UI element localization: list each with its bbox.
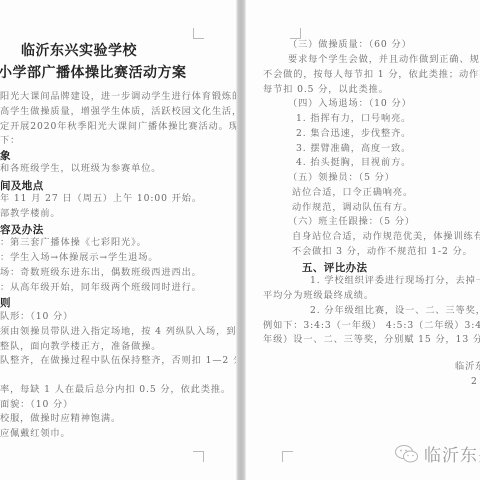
section-heading-time-place: 间及地点 (0, 178, 44, 193)
body-line: 要求每个学生会做，并且动作做到正确、规范、到 (288, 54, 480, 65)
section-line: 部教学楼前。 (0, 208, 61, 219)
subsection-heading: （六）班主任跟操：（5 分） (288, 216, 415, 227)
body-line: 自身站位合适，动作规范优美，体操训练有素。 (292, 231, 480, 242)
section-heading-participants: 象 (0, 148, 11, 163)
section-line: 场：奇数班级东进东出，偶数班级西进西出。 (0, 267, 202, 278)
section-line: 面貌：（10 分） (0, 399, 73, 410)
section-heading-rules: 则 (0, 295, 11, 310)
page-corner-mark (290, 28, 301, 39)
section-line: 率，每缺 1 人在最后总分内扣 0.5 分，依此类推。 (0, 384, 231, 395)
subsection-heading: （五）领操员：（5 分） (288, 172, 395, 183)
intro-line: 下： (0, 135, 20, 146)
body-line: 平均分为班级最终成绩。 (263, 290, 374, 301)
section-line: ：从高年级开始，同年级两个班级同时进行。 (0, 282, 202, 293)
section-heading-content-method: 容及办法 (0, 222, 44, 237)
body-line: 4. 抬头挺胸，目视前方。 (296, 157, 411, 168)
document-page-left: 临沂东兴实验学校 小学部广播体操比赛活动方案 阳光大课间品牌建设，进一步调动学生… (0, 0, 236, 480)
body-line: 2. 集合迅速，步伐整齐。 (296, 128, 411, 139)
page-corner-mark (193, 451, 204, 462)
wechat-watermark: 临沂东兴 (394, 441, 480, 466)
body-line: 3. 摆臂准确，高度一致。 (296, 143, 411, 154)
section-line: 年 11 月 27 日（周五）上午 10:00 开始。 (0, 193, 202, 204)
section-line: 和各班级学生，以班级为参赛单位。 (0, 163, 161, 174)
body-line: 年级）设一、二、三等奖，分别赋 15 分，13 分，11 (263, 334, 480, 345)
body-line: 1. 指挥有力，口号响亮。 (296, 113, 411, 124)
body-line: 动作规范，调动队伍有方。 (292, 202, 413, 213)
body-line: 站位合适，口令正确响亮。 (292, 187, 413, 198)
doc-title-school: 临沂东兴实验学校 (21, 40, 137, 60)
page-corner-mark (282, 451, 293, 462)
intro-line: 阳光大课间品牌建设，进一步调动学生进行体育锻炼的 (0, 91, 236, 102)
section-line: 整队，面向教学楼正方，准备做操。 (0, 341, 161, 352)
intro-line: 定开展2020年秋季阳光大课间广播体操比赛活动。现 (0, 121, 236, 132)
watermark-text: 临沂东兴 (424, 441, 480, 466)
signature-date: 2 (471, 376, 478, 387)
subsection-heading: （三）做操质量：（60 分） (288, 39, 412, 50)
page-gutter (236, 0, 246, 480)
page-corner-mark (193, 28, 204, 39)
wechat-icon (394, 444, 420, 464)
section-line: 校服，做操时应精神饱满。 (0, 413, 121, 424)
body-line: 不会做的，按每人每节扣 1 分，依此类推；动作不到位 (263, 69, 480, 80)
body-line: 例如下：3:4:3（一年级） 4:5:3（二年级）3:4:3（三 (263, 320, 480, 331)
section-line: ：第三套广播体操《七彩阳光》。 (0, 237, 147, 248)
subsection-heading: （四）入场退场：（10 分） (288, 98, 412, 109)
section-heading-evaluation: 五、评比办法 (302, 260, 367, 275)
intro-line: 高学生做操质量，增强学生体质，活跃校园文化生活， (0, 106, 236, 117)
section-line: 应佩戴红领巾。 (0, 428, 71, 439)
body-line: 2. 分年级组比赛，设一、二、三等奖，成绩计入 (310, 305, 480, 316)
document-page-right: （三）做操质量：（60 分） 要求每个学生会做，并且动作做到正确、规范、到 不会… (246, 0, 480, 480)
body-line: 不会做扣 3 分，动作不规范扣 1-2 分。 (292, 246, 473, 257)
doc-title-plan: 小学部广播体操比赛活动方案 (0, 62, 187, 82)
signature-org: 临沂东 (455, 361, 480, 372)
section-line: ：学生入场→体操展示→学生退场。 (0, 252, 158, 263)
section-line: 队整齐，在做操过程中队伍保持整齐，否则扣 1—2 分。 (0, 355, 236, 366)
section-line: 队形：（10 分） (0, 311, 73, 322)
body-line: 每节扣 0.5 分，以此类推。 (263, 84, 389, 95)
section-line: 须由领操员带队进入指定场地，按 4 列纵队入场，到达 (0, 326, 236, 337)
body-line: 1. 学校组织评委进行现场打分，去掉一个最高分 (310, 275, 480, 286)
